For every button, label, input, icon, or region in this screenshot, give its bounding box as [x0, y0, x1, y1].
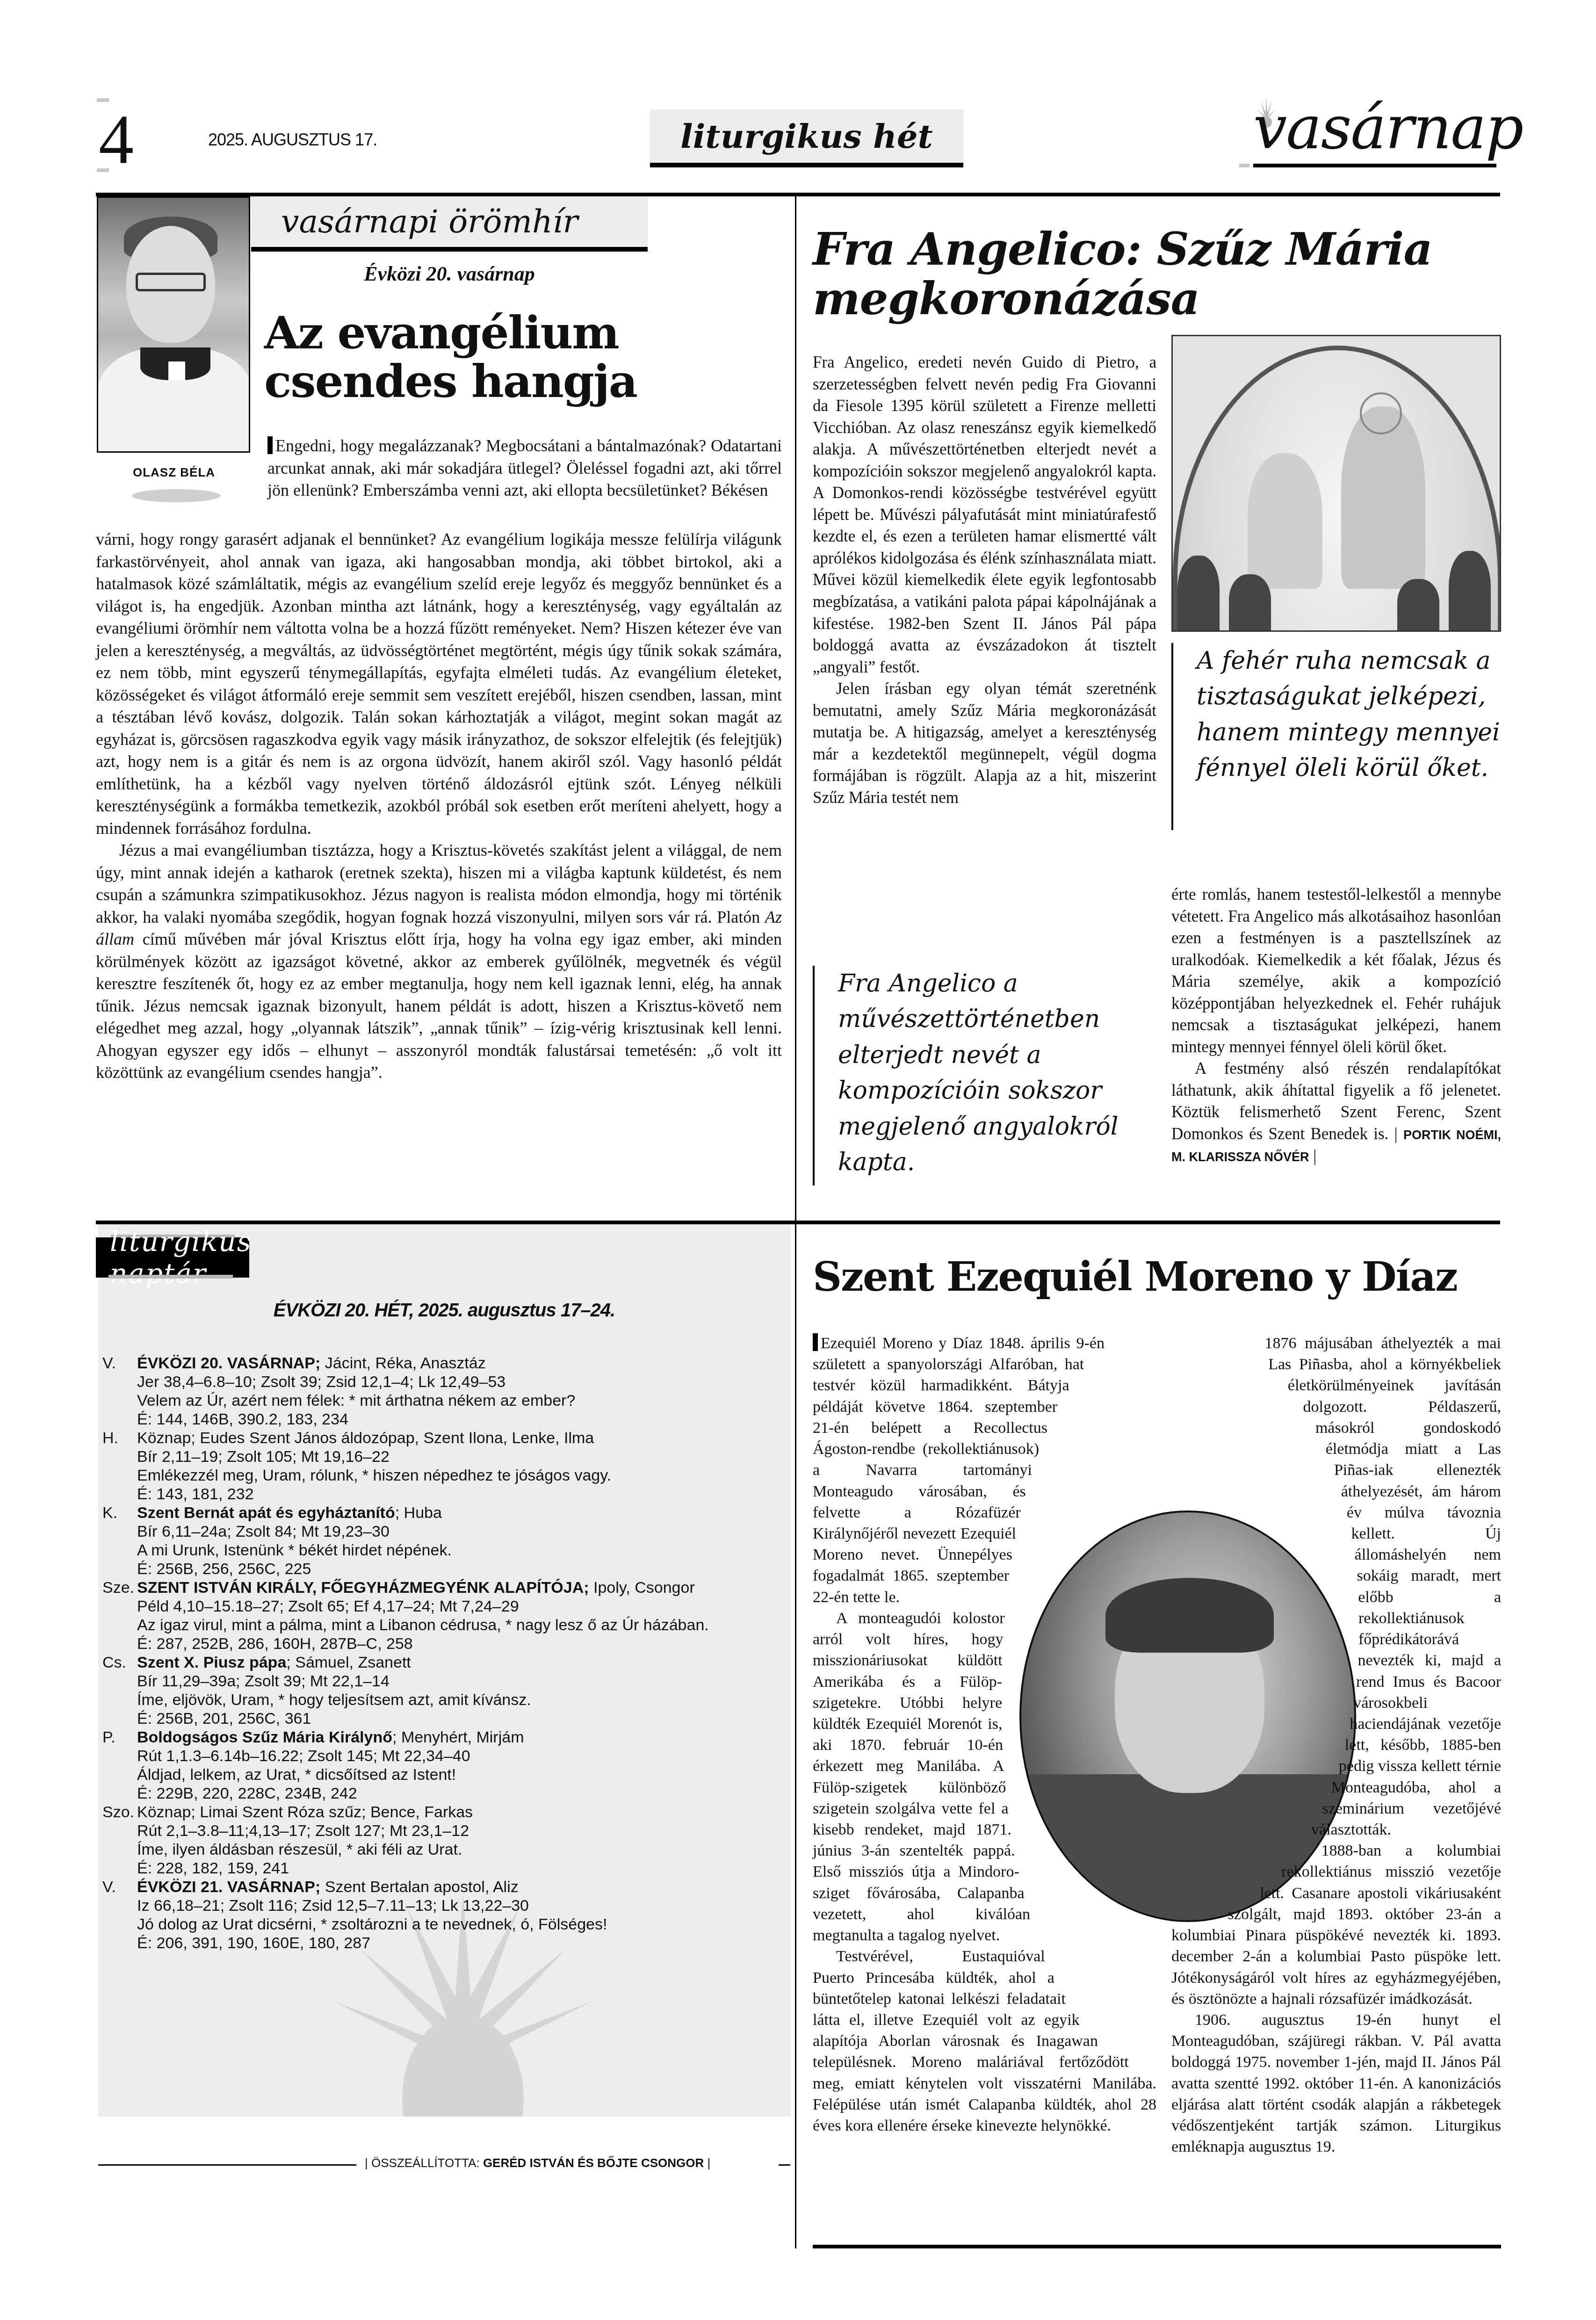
ezequiel-column-2: 1876 májusában áthelyezték a mai Las Piñ… [1171, 1333, 1501, 2158]
calendar-list: V. ÉVKÖZI 20. VASÁRNAP; Jácint, Réka, An… [101, 1354, 783, 1952]
section-rule [96, 1221, 1500, 1224]
weekday-abbr: P. [101, 1728, 137, 1803]
credit-label: ÖSSZEÁLLÍTOTTA: [371, 2156, 480, 2170]
author-oval-decoration [132, 489, 221, 502]
psalm-response: Íme, ilyen áldásban részesül, * aki féli… [137, 1840, 783, 1859]
sermon-paragraph: várni, hogy rongy garasért adjanak el be… [96, 528, 782, 839]
sermon-paragraph: Jézus a mai evangéliumban tisztázza, hog… [96, 839, 782, 1084]
psalm-response: Az igaz virul, mint a pálma, mint a Liba… [137, 1616, 783, 1634]
author-photo [97, 196, 250, 453]
name-days: Köznap; Limai Szent Róza szűz; Bence, Fa… [137, 1803, 473, 1821]
feast-name: Boldogságos Szűz Mária Királynő [137, 1728, 392, 1746]
ezequiel-paragraph: 1906. augusztus 19-én hunyt el Monteagud… [1171, 2009, 1501, 2158]
hymn-numbers: É: 206, 391, 190, 160E, 180, 287 [137, 1934, 783, 1952]
masthead-title: vasárnap [1253, 98, 1523, 158]
sermon-body: várni, hogy rongy garasért adjanak el be… [96, 528, 782, 1084]
weekday-abbr: H. [101, 1429, 137, 1503]
header-rule [96, 193, 1500, 196]
painting-mary [1248, 453, 1322, 589]
weekday-abbr: V. [101, 1878, 137, 1952]
painting-halo [1360, 392, 1402, 434]
weekday-abbr: Szo. [101, 1803, 137, 1878]
calendar-day: Szo. Köznap; Limai Szent Róza szűz; Benc… [101, 1803, 783, 1878]
bottom-rule [813, 2245, 1501, 2248]
readings: Iz 66,18–21; Zsolt 116; Zsid 12,5–7.11–1… [137, 1896, 783, 1915]
lead-marker-icon [813, 1333, 818, 1351]
author-name: OLASZ BÉLA [97, 465, 251, 480]
weekday-abbr: K. [101, 1503, 137, 1578]
calendar-credit: | ÖSSZEÁLLÍTOTTA: GERÉD ISTVÁN ÉS BŐJTE … [98, 2156, 790, 2175]
name-days: ; Menyhért, Mirjám [392, 1728, 524, 1746]
weekday-abbr: Cs. [101, 1653, 137, 1728]
photo-collar-tab [168, 361, 185, 380]
calendar-week-heading: ÉVKÖZI 20. HÉT, 2025. augusztus 17–24. [98, 1300, 790, 1321]
readings: Rút 1,1.3–6.14b–16.22; Zsolt 145; Mt 22,… [137, 1747, 783, 1765]
name-days: Jácint, Réka, Anasztáz [320, 1354, 485, 1372]
psalm-response: Velem az Úr, azért nem félek: * mit árth… [137, 1391, 783, 1410]
calendar-day: H. Köznap; Eudes Szent János áldozópap, … [101, 1429, 783, 1503]
column-divider-bottom [795, 1224, 796, 2248]
readings: Jer 38,4–6.8–10; Zsolt 39; Zsid 12,1–4; … [137, 1373, 783, 1391]
credit-names: GERÉD ISTVÁN ÉS BŐJTE CSONGOR [483, 2156, 704, 2170]
name-days: Köznap; Eudes Szent János áldozópap, Sze… [137, 1429, 594, 1447]
liturgical-day: Évközi 20. vasárnap [251, 262, 648, 286]
calendar-title: liturgikus naptár [110, 1226, 252, 1289]
calendar-tag-block: liturgikus naptár [96, 1237, 249, 1278]
issue-date: 2025. AUGUSZTUS 17. [208, 130, 377, 150]
sermon-intro-text: Engedni, hogy megalázzanak? Megbocsátani… [267, 436, 782, 499]
readings: Bír 6,11–24a; Zsolt 84; Mt 19,23–30 [137, 1522, 783, 1541]
rubric-title: vasárnapi örömhír [281, 203, 578, 240]
credit-text: | ÖSSZEÁLLÍTOTTA: GERÉD ISTVÁN ÉS BŐJTE … [365, 2156, 710, 2170]
feast-name: ÉVKÖZI 21. VASÁRNAP; [137, 1878, 320, 1896]
fra-paragraph: érte romlás, hanem testestől-lelkestől a… [1171, 884, 1501, 1058]
psalm-response: Áldjad, lelkem, az Urat, * dicsőítsed az… [137, 1765, 783, 1784]
sermon-text: című művében már jóval Krisztus előtt ír… [96, 930, 782, 1082]
name-days: ; Sámuel, Zsanett [286, 1654, 411, 1671]
painting-saint [1177, 556, 1220, 630]
section-tag: liturgikus hét [650, 109, 963, 167]
masthead-rule [1253, 164, 1496, 167]
painting-saint [1229, 574, 1271, 630]
calendar-day: Cs. Szent X. Piusz pápa; Sámuel, Zsanett… [101, 1653, 783, 1728]
readings: Péld 4,10–15.18–27; Zsolt 65; Ef 4,17–24… [137, 1597, 783, 1616]
fra-paragraph: Jelen írásban egy olyan témát szeretnénk… [813, 678, 1156, 809]
article-headline: Szent Ezequiél Moreno y Díaz [813, 1253, 1505, 1301]
feast-name: SZENT ISTVÁN KIRÁLY, FŐEGYHÁZMEGYÉNK ALA… [137, 1579, 589, 1597]
calendar-day: K. Szent Bernát apát és egyháztanító; Hu… [101, 1503, 783, 1578]
sermon-text: Jézus a mai evangéliumban tisztázza, hog… [96, 841, 782, 926]
psalm-response: Emlékezzél meg, Uram, rólunk, * hiszen n… [137, 1466, 783, 1485]
credit-rule-left [98, 2164, 356, 2166]
name-days: Ipoly, Csongor [589, 1579, 695, 1597]
feast-name: Szent X. Piusz pápa [137, 1654, 286, 1671]
name-days: ; Huba [395, 1504, 442, 1522]
painting-saint [1397, 579, 1439, 630]
page-number-bar-bottom [97, 168, 109, 172]
section-title: liturgikus hét [680, 117, 933, 156]
readings: Bír 11,29–39a; Zsolt 39; Mt 22,1–14 [137, 1672, 783, 1691]
fra-paragraph: Fra Angelico, eredeti nevén Guido di Pie… [813, 352, 1156, 678]
rubric: vasárnapi örömhír [251, 196, 648, 252]
calendar-day: Sze. SZENT ISTVÁN KIRÁLY, FŐEGYHÁZMEGYÉN… [101, 1578, 783, 1653]
fra-column-2: érte romlás, hanem testestől-lelkestől a… [1171, 884, 1501, 1167]
ezequiel-column-1: Ezequiél Moreno y Díaz 1848. április 9-é… [813, 1333, 1156, 2136]
photo-glasses [136, 273, 206, 291]
hymn-numbers: É: 229B, 220, 228C, 234B, 242 [137, 1784, 783, 1803]
article-headline: Fra Angelico: Szűz Mária megkoronázása [813, 224, 1467, 323]
hymn-numbers: É: 287, 252B, 286, 160H, 287B–C, 258 [137, 1634, 783, 1653]
feast-name: Szent Bernát apát és egyháztanító [137, 1504, 395, 1522]
column-divider-top [795, 196, 796, 1221]
credit-rule-right [779, 2164, 790, 2166]
sermon-intro: Engedni, hogy megalázzanak? Megbocsátani… [267, 435, 782, 502]
fra-paragraph: A festmény alsó részén rendalapítókat lá… [1171, 1058, 1501, 1167]
calendar-day: V. ÉVKÖZI 20. VASÁRNAP; Jácint, Réka, An… [101, 1354, 783, 1429]
painting-saint [1449, 551, 1491, 630]
calendar-tag-accent [108, 1275, 233, 1279]
calendar-day: P. Boldogságos Szűz Mária Királynő; Meny… [101, 1728, 783, 1803]
hymn-numbers: É: 256B, 256, 256C, 225 [137, 1560, 783, 1578]
page-number: 4 [99, 105, 134, 175]
readings: Rút 2,1–3.8–11;4,13–17; Zsolt 127; Mt 23… [137, 1821, 783, 1840]
psalm-response: Íme, eljövök, Uram, * hogy teljesítsem a… [137, 1691, 783, 1709]
readings: Bír 2,11–19; Zsolt 105; Mt 19,16–22 [137, 1447, 783, 1466]
psalm-response: A mi Urunk, Istenünk * békét hirdet népé… [137, 1541, 783, 1560]
hymn-numbers: É: 144, 146B, 390.2, 183, 234 [137, 1410, 783, 1429]
calendar-tag: liturgikus naptár [96, 1235, 249, 1277]
pull-quote: A fehér ruha nemcsak a tisztaságukat jel… [1171, 643, 1501, 830]
lead-marker-icon [267, 436, 273, 454]
page-number-block: 4 [96, 98, 138, 173]
feast-name: ÉVKÖZI 20. VASÁRNAP; [137, 1354, 320, 1372]
pull-quote: Fra Angelico a művészettörténetben elter… [813, 966, 1156, 1185]
article-headline: Az evangélium csendes hangja [264, 309, 685, 405]
weekday-abbr: V. [101, 1354, 137, 1429]
weekday-abbr: Sze. [101, 1578, 137, 1653]
psalm-response: Jó dolog az Urat dicsérni, * zsoltározni… [137, 1915, 783, 1934]
name-days: Szent Bertalan apostol, Aliz [320, 1878, 518, 1896]
masthead: vasárnap [1239, 98, 1506, 168]
hymn-numbers: É: 143, 181, 232 [137, 1485, 783, 1503]
masthead-rule-accent [1239, 164, 1249, 167]
hymn-numbers: É: 228, 182, 159, 241 [137, 1859, 783, 1878]
fra-column-1: Fra Angelico, eredeti nevén Guido di Pie… [813, 352, 1156, 809]
hymn-numbers: É: 256B, 201, 256C, 361 [137, 1709, 783, 1728]
calendar-day: V. ÉVKÖZI 21. VASÁRNAP; Szent Bertalan a… [101, 1878, 783, 1952]
painting-image [1171, 335, 1501, 632]
